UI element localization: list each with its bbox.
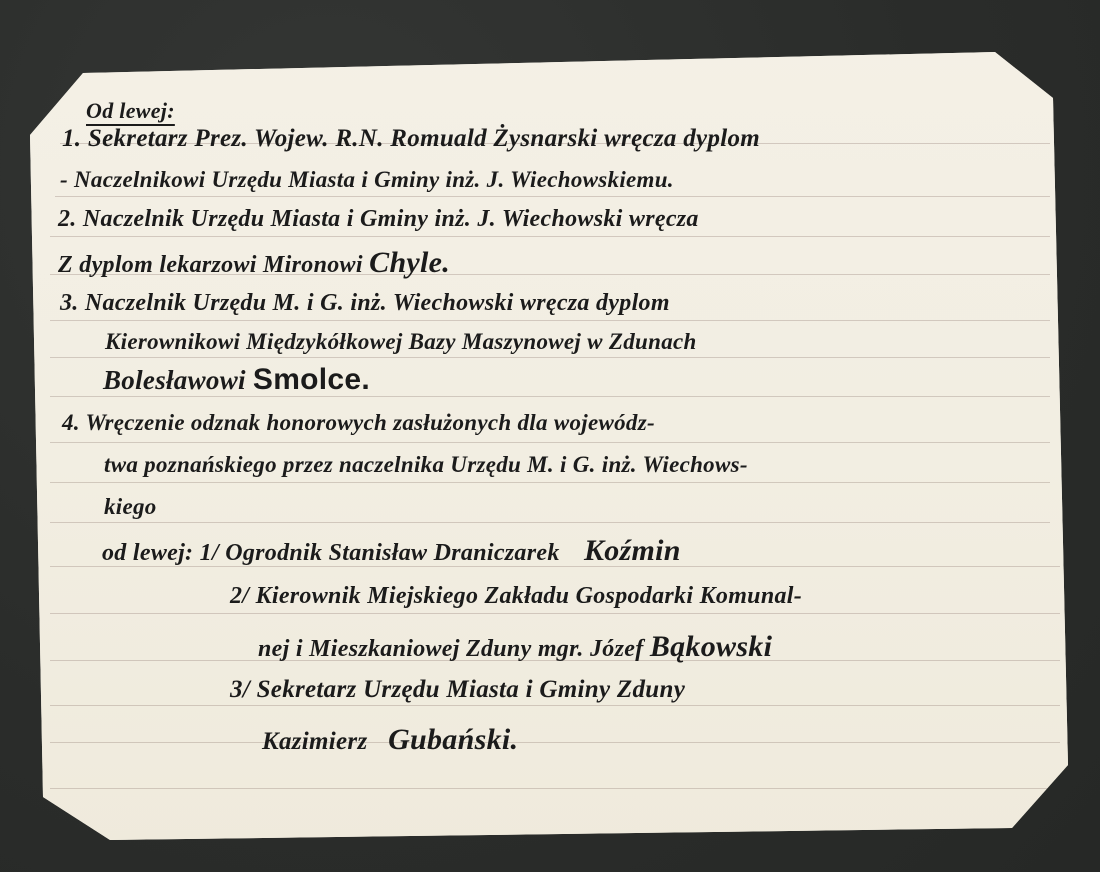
ruled-line <box>50 320 1050 321</box>
name-gubanski: Gubański. <box>388 723 518 756</box>
ruled-line <box>55 196 1050 197</box>
photo-paper-card: Od lewej: 1. Sekretarz Prez. Wojew. R.N.… <box>0 0 1100 872</box>
ruled-line <box>50 522 1050 523</box>
caption-line-3: 2. Naczelnik Urzędu Miasta i Gminy inż. … <box>58 206 699 233</box>
caption-line-9: twa poznańskiego przez naczelnika Urzędu… <box>104 452 748 478</box>
caption-heading: Od lewej: <box>86 98 175 124</box>
ruled-line <box>50 613 1060 614</box>
ruled-line <box>50 442 1050 443</box>
place-kozmin: Koźmin <box>584 534 681 567</box>
caption-line-13-text: nej i Mieszkaniowej Zduny mgr. Józef <box>258 636 644 662</box>
ruled-line <box>50 357 1050 358</box>
caption-line-12: 2/ Kierownik Miejskiego Zakładu Gospodar… <box>230 583 802 610</box>
caption-line-2: - Naczelnikowi Urzędu Miasta i Gminy inż… <box>60 167 674 193</box>
caption-line-5: 3. Naczelnik Urzędu M. i G. inż. Wiechow… <box>60 290 670 317</box>
ruled-line <box>50 742 1060 743</box>
caption-line-7: Bolesławowi Smolce. <box>103 363 370 397</box>
caption-line-10: kiego <box>104 494 157 520</box>
name-bakowski: Bąkowski <box>650 630 772 663</box>
caption-line-4: Z dyplom lekarzowi Mironowi Chyle. <box>58 246 450 280</box>
ruled-line <box>50 482 1050 483</box>
caption-line-15: Kazimierz Gubański. <box>262 723 518 757</box>
caption-line-14: 3/ Sekretarz Urzędu Miasta i Gminy Zduny <box>230 676 685 704</box>
ruled-line <box>50 236 1050 237</box>
caption-line-4-text: dyplom lekarzowi Mironowi <box>79 252 363 278</box>
caption-line-15-text: Kazimierz <box>262 728 368 755</box>
caption-line-1: 1. Sekretarz Prez. Wojew. R.N. Romuald Ż… <box>62 125 760 153</box>
name-chyle: Chyle. <box>369 246 450 279</box>
name-smolce: Smolce. <box>253 363 370 396</box>
margin-mark: Z <box>58 252 73 278</box>
caption-line-11-text: od lewej: 1/ Ogrodnik Stanisław Dranicza… <box>102 540 560 566</box>
ruled-line <box>50 705 1060 706</box>
caption-line-13: nej i Mieszkaniowej Zduny mgr. Józef Bąk… <box>258 630 772 664</box>
caption-line-11: od lewej: 1/ Ogrodnik Stanisław Dranicza… <box>102 534 681 568</box>
caption-line-6: Kierownikowi Międzykółkowej Bazy Maszyno… <box>105 329 697 355</box>
caption-line-14-text: 3/ Sekretarz Urzędu Miasta i Gminy Zduny <box>230 676 685 703</box>
ruled-line <box>50 788 1060 789</box>
caption-line-8: 4. Wręczenie odznak honorowych zasłużony… <box>62 410 655 436</box>
caption-line-7-text: Bolesławowi <box>103 365 246 395</box>
